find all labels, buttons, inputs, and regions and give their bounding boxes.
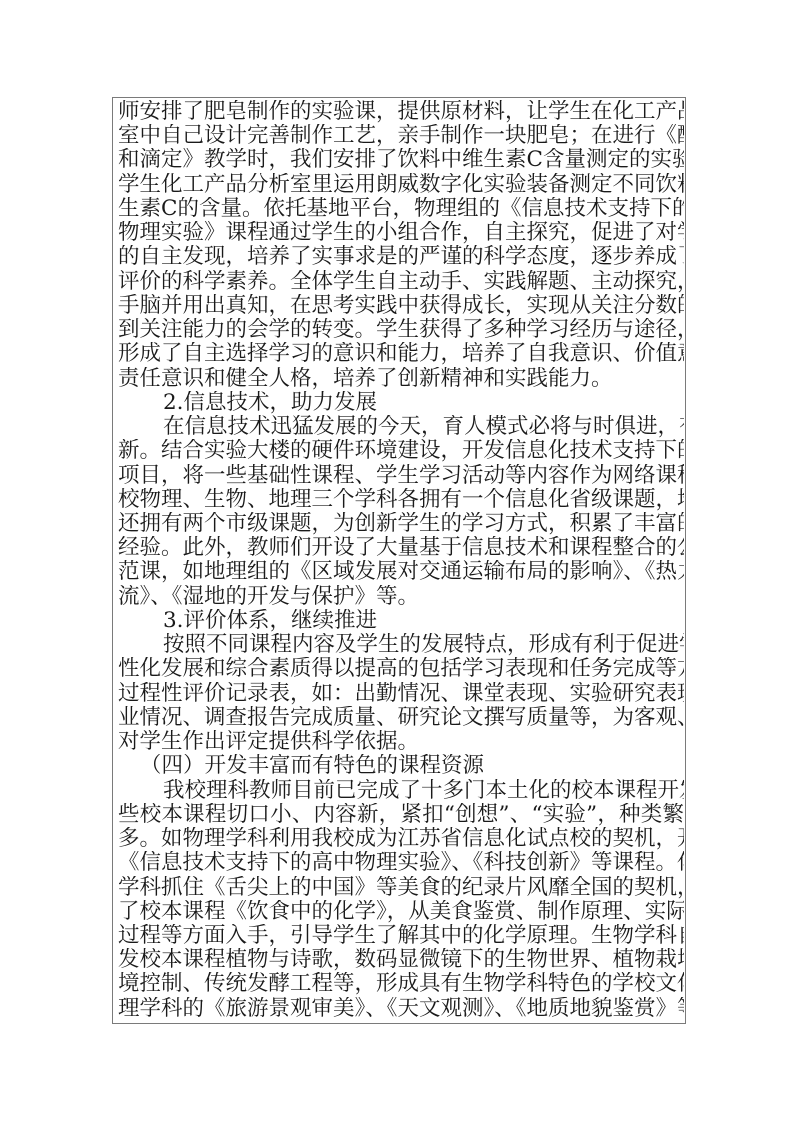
paragraph-line: 评价的科学素养。全体学生自主动手、实践解题、主动探究，通过 [118, 270, 684, 294]
paragraph-line: 手脑并用出真知，在思考实践中获得成长，实现从关注分数的学会 [118, 294, 684, 318]
subsection-heading: 2.信息技术，助力发展 [118, 391, 684, 415]
paragraph-line: 经验。此外，教师们开设了大量基于信息技术和课程整合的公开示 [118, 536, 684, 560]
paragraph-line: 过程性评价记录表，如：出勤情况、课堂表现、实验研究表现、作 [118, 682, 684, 706]
subsection-heading: 3.评价体系，继续推进 [118, 609, 684, 633]
paragraph-line: 流》、《湿地的开发与保护》等。 [118, 585, 684, 609]
paragraph-line: 形成了自主选择学习的意识和能力，培养了自我意识、价值意识、 [118, 342, 684, 366]
paragraph-line: 生素C的含量。依托基地平台，物理组的《信息技术支持下的高中 [118, 197, 684, 221]
paragraph-line: 些校本课程切口小、内容新，紧扣“创想”、“实验”，种类繁 [118, 803, 684, 827]
paragraph-line: 师安排了肥皂制作的实验课，提供原材料，让学生在化工产品制作 [118, 100, 684, 124]
paragraph-line: 的自主发现，培养了实事求是的严谨的科学态度，逐步养成了质疑 [118, 245, 684, 269]
paragraph-line: 项目，将一些基础性课程、学生学习活动等内容作为网络课程，我 [118, 464, 684, 488]
paragraph-line: 和滴定》教学时，我们安排了饮料中维生素C含量测定的实验，让 [118, 148, 684, 172]
paragraph-line: 范课，如地理组的《区域发展对交通运输布局的影响》、《热力环 [118, 560, 684, 584]
paragraph-line: 业情况、调查报告完成质量、研究论文撰写质量等，为客观、公正 [118, 706, 684, 730]
paragraph-line: 室中自己设计完善制作工艺，亲手制作一块肥皂；在进行《酸碱中 [118, 124, 684, 148]
paragraph-first-line: 按照不同课程内容及学生的发展特点，形成有利于促进学生个 [118, 633, 684, 657]
paragraph-first-line: 我校理科教师目前已完成了十多门本土化的校本课程开发。这 [118, 779, 684, 803]
paragraph-line: 责任意识和健全人格，培养了创新精神和实践能力。 [118, 367, 684, 391]
paragraph-line: 学科抓住《舌尖上的中国》等美食的纪录片风靡全国的契机，开发 [118, 876, 684, 900]
paragraph-first-line: 在信息技术迅猛发展的今天，育人模式必将与时俱进，有所创 [118, 415, 684, 439]
paragraph-line: 理学科的《旅游景观审美》、《天文观测》、《地质地貌鉴赏》等 [118, 997, 684, 1021]
text-frame: 师安排了肥皂制作的实验课，提供原材料，让学生在化工产品制作室中自己设计完善制作工… [112, 97, 686, 1024]
paragraph-line: 新。结合实验大楼的硬件环境建设，开发信息化技术支持下的学习 [118, 439, 684, 463]
paragraph-line: 校物理、生物、地理三个学科各拥有一个信息化省级课题，地理组 [118, 488, 684, 512]
paragraph-line: 过程等方面入手，引导学生了解其中的化学原理。生物学科自主开 [118, 924, 684, 948]
paragraph-line: 《信息技术支持下的高中物理实验》、《科技创新》等课程。化学 [118, 851, 684, 875]
paragraph-line: 多。如物理学科利用我校成为江苏省信息化试点校的契机，开设 [118, 827, 684, 851]
paragraph-line: 性化发展和综合素质得以提高的包括学习表现和任务完成等方面的 [118, 657, 684, 681]
paragraph-line: 境控制、传统发酵工程等，形成具有生物学科特色的学校文化。地 [118, 972, 684, 996]
section-heading: （四）开发丰富而有特色的课程资源 [118, 754, 684, 778]
paragraph-line: 到关注能力的会学的转变。学生获得了多种学习经历与途径，逐步 [118, 318, 684, 342]
paragraph-line: 学生化工产品分析室里运用朗威数字化实验装备测定不同饮料中维 [118, 173, 684, 197]
paragraph-line: 还拥有两个市级课题，为创新学生的学习方式，积累了丰富的实践 [118, 512, 684, 536]
document-body: 师安排了肥皂制作的实验课，提供原材料，让学生在化工产品制作室中自己设计完善制作工… [118, 100, 684, 1021]
paragraph-line: 了校本课程《饮食中的化学》，从美食鉴赏、制作原理、实际操作 [118, 900, 684, 924]
paragraph-line: 对学生作出评定提供科学依据。 [118, 730, 684, 754]
paragraph-line: 物理实验》课程通过学生的小组合作，自主探究，促进了对学习的 [118, 221, 684, 245]
paragraph-line: 发校本课程植物与诗歌，数码显微镜下的生物世界、植物栽培与环 [118, 948, 684, 972]
